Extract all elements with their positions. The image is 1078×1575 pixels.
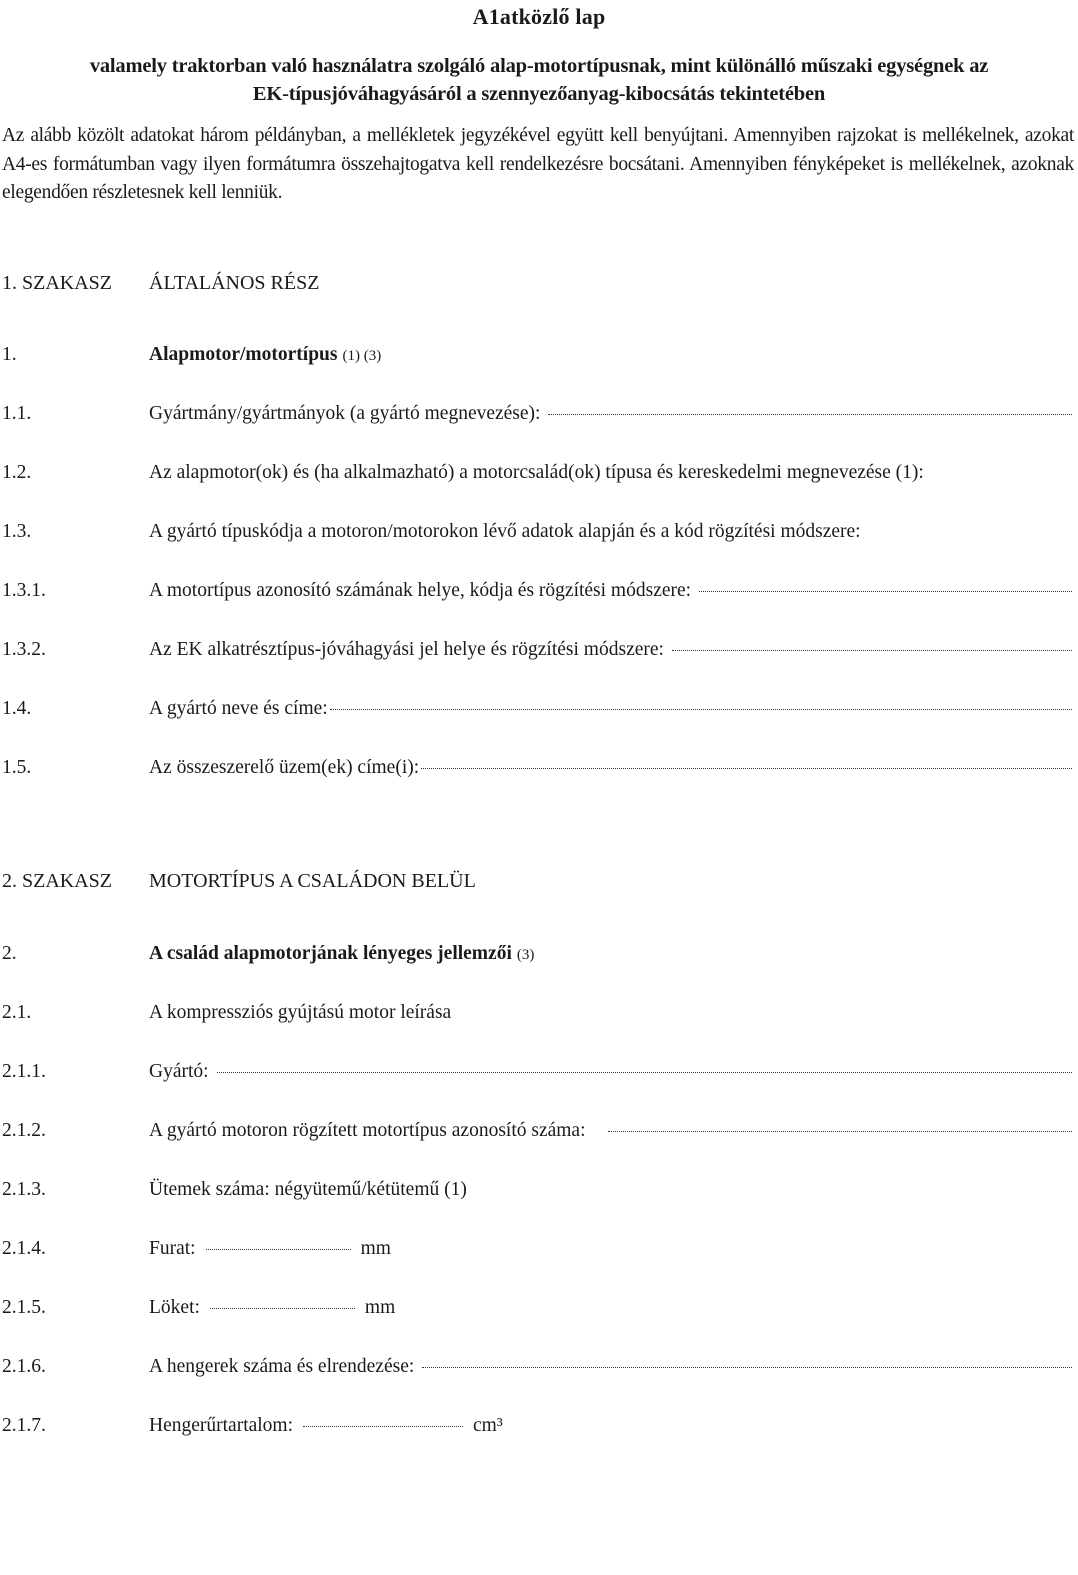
item-number: 1.5. (2, 757, 149, 779)
document-title: A1atközlő lap (0, 4, 1078, 30)
form-row: 1.3. A gyártó típuskódja a motoron/motor… (2, 521, 1072, 549)
item-heading: Alapmotor/motortípus (149, 344, 338, 366)
form-row: 2.1.2. A gyártó motoron rögzített motort… (2, 1120, 1072, 1148)
subtitle-line-1: valamely traktorban való használatra szo… (0, 52, 1078, 80)
form-row: 2.1.5. Löket: mm (2, 1297, 1072, 1325)
form-row: 1.3.1. A motortípus azonosító számának h… (2, 580, 1072, 608)
item-label: Gyártmány/gyártmányok (a gyártó megnevez… (149, 403, 540, 425)
form-row: 2.1.1. Gyártó: (2, 1061, 1072, 1089)
item-number: 2.1.4. (2, 1238, 149, 1260)
fill-in-field[interactable] (206, 1248, 351, 1250)
item-1-heading: 1. Alapmotor/motortípus (1) (3) (2, 344, 1072, 372)
item-label: Hengerűrtartalom: (149, 1415, 293, 1437)
item-label: A gyártó motoron rögzített motortípus az… (149, 1120, 586, 1142)
footnote-refs: (3) (517, 947, 535, 964)
item-2-heading: 2. A család alapmotorjának lényeges jell… (2, 943, 1072, 971)
fill-in-field[interactable] (422, 1366, 1072, 1368)
fill-in-field[interactable] (548, 413, 1072, 415)
item-label: A hengerek száma és elrendezése: (149, 1356, 414, 1378)
section-1-heading: 1. SZAKASZÁLTALÁNOS RÉSZ (2, 272, 319, 295)
item-number: 1.2. (2, 462, 149, 484)
section-title: MOTORTÍPUS A CSALÁDON BELÜL (149, 870, 476, 892)
item-number: 1.3.2. (2, 639, 149, 661)
item-number: 1.1. (2, 403, 149, 425)
intro-paragraph: Az alább közölt adatokat három példányba… (2, 122, 1074, 208)
item-number: 2.1. (2, 1002, 149, 1024)
fill-in-field[interactable] (210, 1307, 355, 1309)
item-label: Löket: (149, 1297, 200, 1319)
item-number: 2.1.5. (2, 1297, 149, 1319)
form-row: 1.4. A gyártó neve és címe: (2, 698, 1072, 726)
item-label: A gyártó neve és címe: (149, 698, 328, 720)
fill-in-field[interactable] (608, 1130, 1072, 1132)
footnote-refs: (1) (3) (343, 348, 382, 365)
document-subtitle: valamely traktorban való használatra szo… (0, 52, 1078, 108)
form-row: 2.1.6. A hengerek száma és elrendezése: (2, 1356, 1072, 1384)
item-label: Gyártó: (149, 1061, 209, 1083)
form-row: 1.5. Az összeszerelő üzem(ek) címe(i): (2, 757, 1072, 785)
item-number: 1.4. (2, 698, 149, 720)
item-label: Furat: (149, 1238, 196, 1260)
item-label: A gyártó típuskódja a motoron/motorokon … (149, 521, 861, 543)
unit-label: mm (361, 1238, 391, 1260)
section-number: 1. SZAKASZ (2, 272, 149, 295)
form-row: 2.1. A kompressziós gyújtású motor leírá… (2, 1002, 1072, 1030)
form-row: 2.1.3. Ütemek száma: négyütemű/kétütemű … (2, 1179, 1072, 1207)
fill-in-field[interactable] (699, 590, 1072, 592)
item-number: 2.1.1. (2, 1061, 149, 1083)
item-number: 1.3.1. (2, 580, 149, 602)
item-number: 1.3. (2, 521, 149, 543)
unit-label: mm (365, 1297, 395, 1319)
fill-in-field[interactable] (672, 649, 1072, 651)
form-row: 1.2. Az alapmotor(ok) és (ha alkalmazhat… (2, 462, 1072, 490)
fill-in-field[interactable] (217, 1071, 1072, 1073)
item-number: 2.1.6. (2, 1356, 149, 1378)
item-heading: A család alapmotorjának lényeges jellemz… (149, 943, 512, 965)
form-row: 1.3.2. Az EK alkatrésztípus-jóváhagyási … (2, 639, 1072, 667)
form-row: 2.1.7. Hengerűrtartalom: cm³ (2, 1415, 1072, 1443)
item-number: 2.1.3. (2, 1179, 149, 1201)
item-label: A motortípus azonosító számának helye, k… (149, 580, 691, 602)
fill-in-field[interactable] (330, 708, 1072, 710)
item-number: 2. (2, 943, 149, 965)
item-label: Az EK alkatrésztípus-jóváhagyási jel hel… (149, 639, 664, 661)
item-label: Az alapmotor(ok) és (ha alkalmazható) a … (149, 462, 924, 484)
item-label: A kompressziós gyújtású motor leírása (149, 1002, 451, 1024)
fill-in-field[interactable] (303, 1425, 463, 1427)
subtitle-line-2: EK-típusjóváhagyásáról a szennyezőanyag-… (0, 80, 1078, 108)
section-number: 2. SZAKASZ (2, 870, 149, 893)
section-title: ÁLTALÁNOS RÉSZ (149, 272, 319, 294)
form-row: 1.1. Gyártmány/gyártmányok (a gyártó meg… (2, 403, 1072, 431)
section-2-heading: 2. SZAKASZMOTORTÍPUS A CSALÁDON BELÜL (2, 870, 476, 893)
item-label: Az összeszerelő üzem(ek) címe(i): (149, 757, 419, 779)
unit-label: cm³ (473, 1415, 503, 1437)
item-number: 1. (2, 344, 149, 366)
item-label: Ütemek száma: négyütemű/kétütemű (1) (149, 1179, 467, 1201)
form-row: 2.1.4. Furat: mm (2, 1238, 1072, 1266)
fill-in-field[interactable] (421, 767, 1072, 769)
item-number: 2.1.2. (2, 1120, 149, 1142)
item-number: 2.1.7. (2, 1415, 149, 1437)
